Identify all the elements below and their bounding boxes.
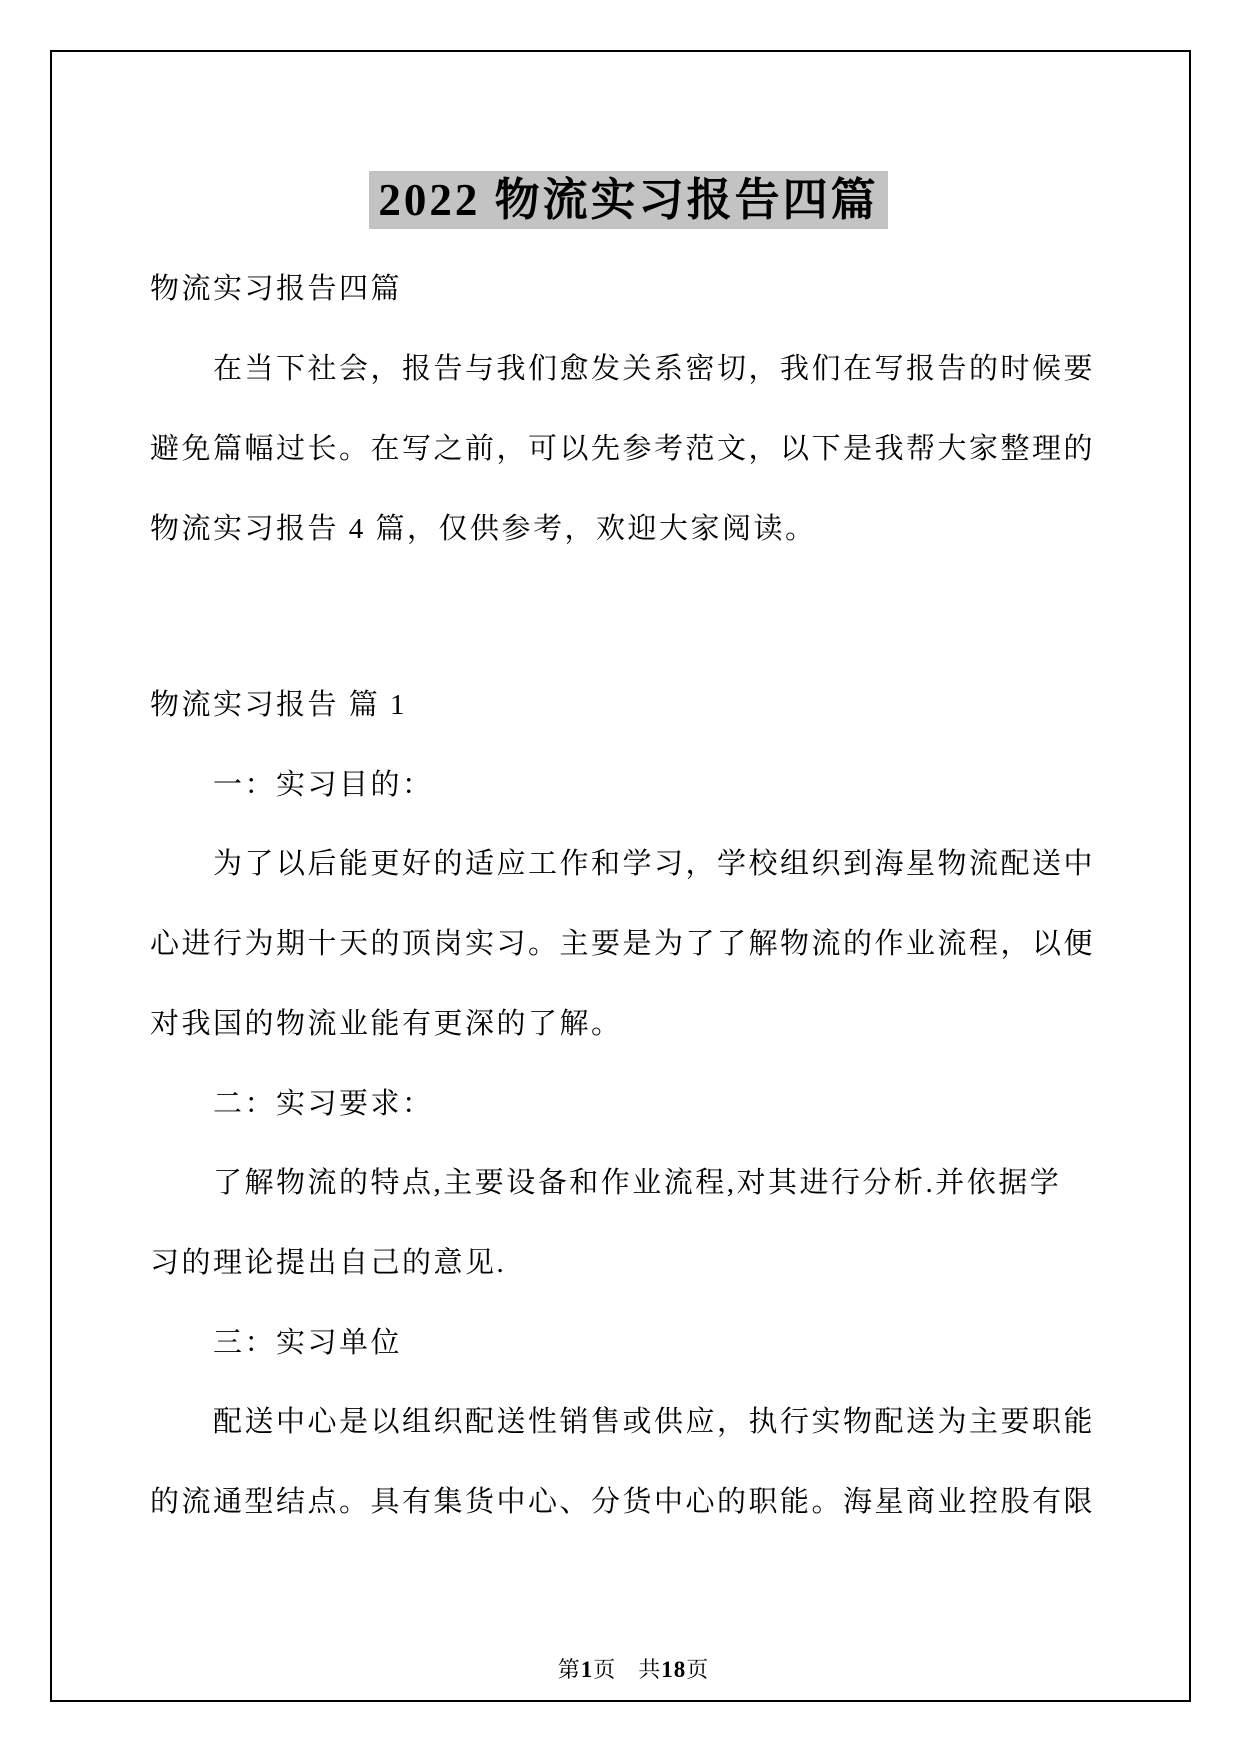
text-line: 物流实习报告 4 篇，仅供参考，欢迎大家阅读。 bbox=[150, 510, 1110, 548]
text-line: 对我国的物流业能有更深的了解。 bbox=[150, 1005, 1110, 1043]
text-line: 习的理论提出自己的意见. bbox=[150, 1244, 1110, 1282]
text-line: 了解物流的特点,主要设备和作业流程,对其进行分析.并依据学 bbox=[150, 1164, 1173, 1202]
footer-page-unit: 页 bbox=[593, 1657, 616, 1682]
text-line: 心进行为期十天的顶岗实习。主要是为了了解物流的作业流程，以便 bbox=[150, 925, 1110, 963]
text-line: 二：实习要求： bbox=[150, 1085, 1173, 1123]
footer-total-number: 18 bbox=[661, 1657, 686, 1682]
text-line: 为了以后能更好的适应工作和学习，学校组织到海星物流配送中 bbox=[150, 845, 1173, 883]
footer-page-number: 1 bbox=[581, 1657, 594, 1682]
document-title-highlight: 2022 物流实习报告四篇 bbox=[369, 171, 887, 229]
text-line: 物流实习报告 篇 1 bbox=[150, 686, 1110, 724]
footer-total-unit: 页 bbox=[686, 1657, 709, 1682]
document-page: 2022 物流实习报告四篇 物流实习报告四篇在当下社会，报告与我们愈发关系密切，… bbox=[0, 0, 1241, 1754]
page-footer: 第1页共18页 bbox=[50, 1622, 1191, 1718]
text-line: 避免篇幅过长。在写之前，可以先参考范文，以下是我帮大家整理的 bbox=[150, 430, 1110, 468]
text-line: 配送中心是以组织配送性销售或供应，执行实物配送为主要职能 bbox=[150, 1403, 1173, 1441]
document-title: 2022 物流实习报告四篇 bbox=[50, 153, 1191, 247]
footer-page-prefix: 第 bbox=[558, 1657, 581, 1682]
text-line: 物流实习报告四篇 bbox=[150, 270, 1110, 308]
text-line: 三：实习单位 bbox=[150, 1324, 1173, 1362]
footer-total-prefix: 共 bbox=[638, 1657, 661, 1682]
text-line: 一：实习目的： bbox=[150, 766, 1173, 804]
text-line: 的流通型结点。具有集货中心、分货中心的职能。海星商业控股有限 bbox=[150, 1483, 1110, 1521]
text-line: 在当下社会，报告与我们愈发关系密切，我们在写报告的时候要 bbox=[150, 350, 1173, 388]
